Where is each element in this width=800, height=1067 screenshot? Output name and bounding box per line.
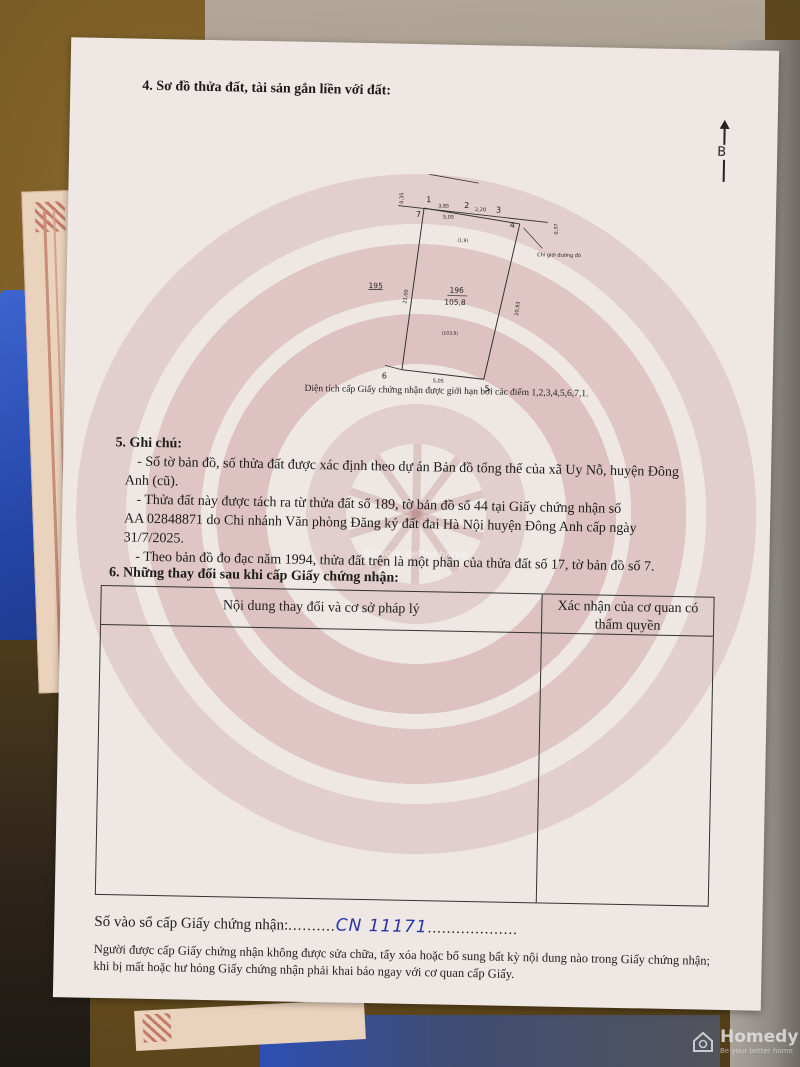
parcel-area: 105,8	[444, 298, 466, 307]
brand-name: Homedy	[720, 1027, 798, 1047]
road-boundary-label: Chỉ giới đường đỏ	[537, 251, 581, 259]
ornament-corner-icon	[35, 201, 66, 232]
brand-tagline: Be your better home	[720, 1047, 793, 1055]
parcel-number: 196	[449, 286, 464, 295]
edge-7-4: 5,05	[443, 214, 454, 220]
edge-bottom: 5,05	[433, 378, 444, 384]
registry-label: Số vào sổ cấp Giấy chứng nhận:	[94, 914, 288, 934]
arrow-up-icon	[720, 120, 730, 129]
registry-number-line: Số vào sổ cấp Giấy chứng nhận:..........…	[94, 911, 518, 939]
point-6: 6	[382, 371, 387, 380]
point-7: 7	[416, 210, 421, 219]
homedy-watermark: Homedy Be your better home	[690, 1027, 800, 1063]
ornament-corner-icon	[142, 1013, 171, 1042]
edge-right-offset: 0,37	[554, 223, 560, 234]
warning-text: Người được cấp Giấy chứng nhận không đượ…	[93, 941, 714, 987]
point-1: 1	[426, 195, 431, 204]
section4-title: 4. Sơ đồ thửa đất, tài sản gắn liền với …	[142, 79, 391, 100]
sub-area-top: (1,9)	[457, 238, 468, 244]
edge-right-side: 20,93	[514, 301, 522, 316]
north-arrow: B	[714, 120, 735, 182]
neighbor-parcel: 195	[368, 281, 383, 290]
parcel-diagram: 1 7 2 3 4 5 6 3,85 2,20 5,05 0,35 0,37 2…	[335, 172, 599, 397]
column-header-content: Nội dung thay đổi và cơ sở pháp lý	[101, 596, 541, 620]
edge-left-side: 21,00	[402, 289, 410, 304]
sub-area-main: (103,9)	[442, 330, 459, 336]
certificate-page: 4. Sơ đồ thửa đất, tài sản gắn liền với …	[53, 37, 779, 1010]
column-header-confirmation: Xác nhận của cơ quan có thẩm quyền	[542, 597, 714, 636]
edge-2-3: 2,20	[475, 207, 486, 213]
edge-1-2: 3,85	[438, 203, 449, 209]
north-label: B	[717, 145, 726, 160]
point-3: 3	[496, 205, 501, 214]
house-icon	[692, 1031, 714, 1053]
point-2: 2	[464, 201, 469, 210]
center-watermark: Be your better home	[363, 548, 467, 561]
registry-number: CN 11171	[336, 916, 428, 938]
point-4: 4	[510, 221, 515, 230]
changes-table: Nội dung thay đổi và cơ sở pháp lý Xác n…	[95, 585, 715, 907]
edge-left-offset: 0,35	[399, 192, 405, 203]
